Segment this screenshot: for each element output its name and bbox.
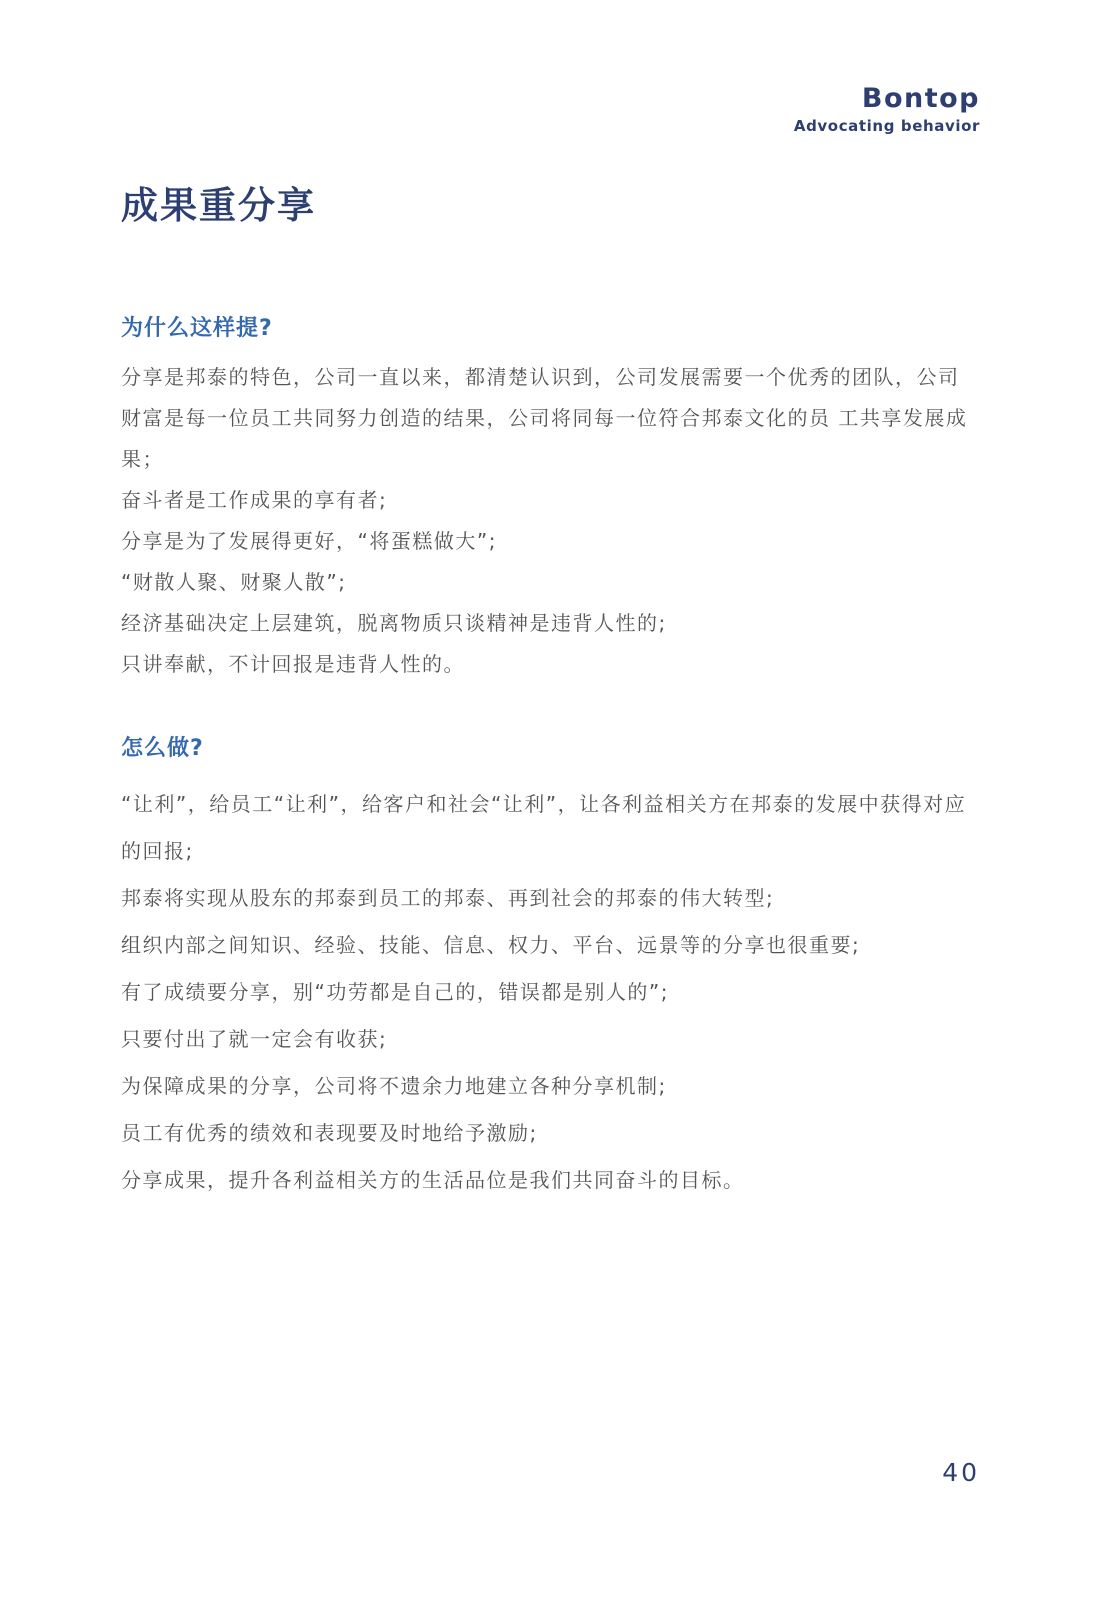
page-title: 成果重分享 <box>121 186 975 226</box>
document-content: 成果重分享 为什么这样提?分享是邦泰的特色，公司一直以来，都清楚认识到，公司发展… <box>121 0 975 1204</box>
content-sections: 为什么这样提?分享是邦泰的特色，公司一直以来，都清楚认识到，公司发展需要一个优秀… <box>121 315 975 1204</box>
paragraph: 为保障成果的分享，公司将不遗余力地建立各种分享机制; <box>121 1063 975 1110</box>
section: 为什么这样提?分享是邦泰的特色，公司一直以来，都清楚认识到，公司发展需要一个优秀… <box>121 315 975 685</box>
section-heading: 怎么做? <box>121 735 975 763</box>
document-page: Bontop Advocating behavior 成果重分享 为什么这样提?… <box>0 0 1093 1600</box>
paragraph: 只讲奉献，不计回报是违背人性的。 <box>121 644 975 685</box>
page-number: 40 <box>942 1458 980 1487</box>
paragraph: 奋斗者是工作成果的享有者; <box>121 480 975 521</box>
paragraph: 组织内部之间知识、经验、技能、信息、权力、平台、远景等的分享也很重要; <box>121 922 975 969</box>
paragraph: “财散人聚、财聚人散”; <box>121 562 975 603</box>
paragraph: 只要付出了就一定会有收获; <box>121 1016 975 1063</box>
paragraph: 分享成果，提升各利益相关方的生活品位是我们共同奋斗的目标。 <box>121 1157 975 1204</box>
paragraph: 分享是为了发展得更好，“将蛋糕做大”; <box>121 521 975 562</box>
paragraph: 有了成绩要分享，别“功劳都是自己的，错误都是别人的”; <box>121 969 975 1016</box>
paragraph: 邦泰将实现从股东的邦泰到员工的邦泰、再到社会的邦泰的伟大转型; <box>121 875 975 922</box>
paragraph: 员工有优秀的绩效和表现要及时地给予激励; <box>121 1110 975 1157</box>
paragraph: 分享是邦泰的特色，公司一直以来，都清楚认识到，公司发展需要一个优秀的团队，公司财… <box>121 357 975 480</box>
paragraph: 经济基础决定上层建筑，脱离物质只谈精神是违背人性的; <box>121 603 975 644</box>
paragraph: “让利”，给员工“让利”，给客户和社会“让利”，让各利益相关方在邦泰的发展中获得… <box>121 781 975 875</box>
section: 怎么做?“让利”，给员工“让利”，给客户和社会“让利”，让各利益相关方在邦泰的发… <box>121 735 975 1204</box>
section-heading: 为什么这样提? <box>121 315 975 343</box>
